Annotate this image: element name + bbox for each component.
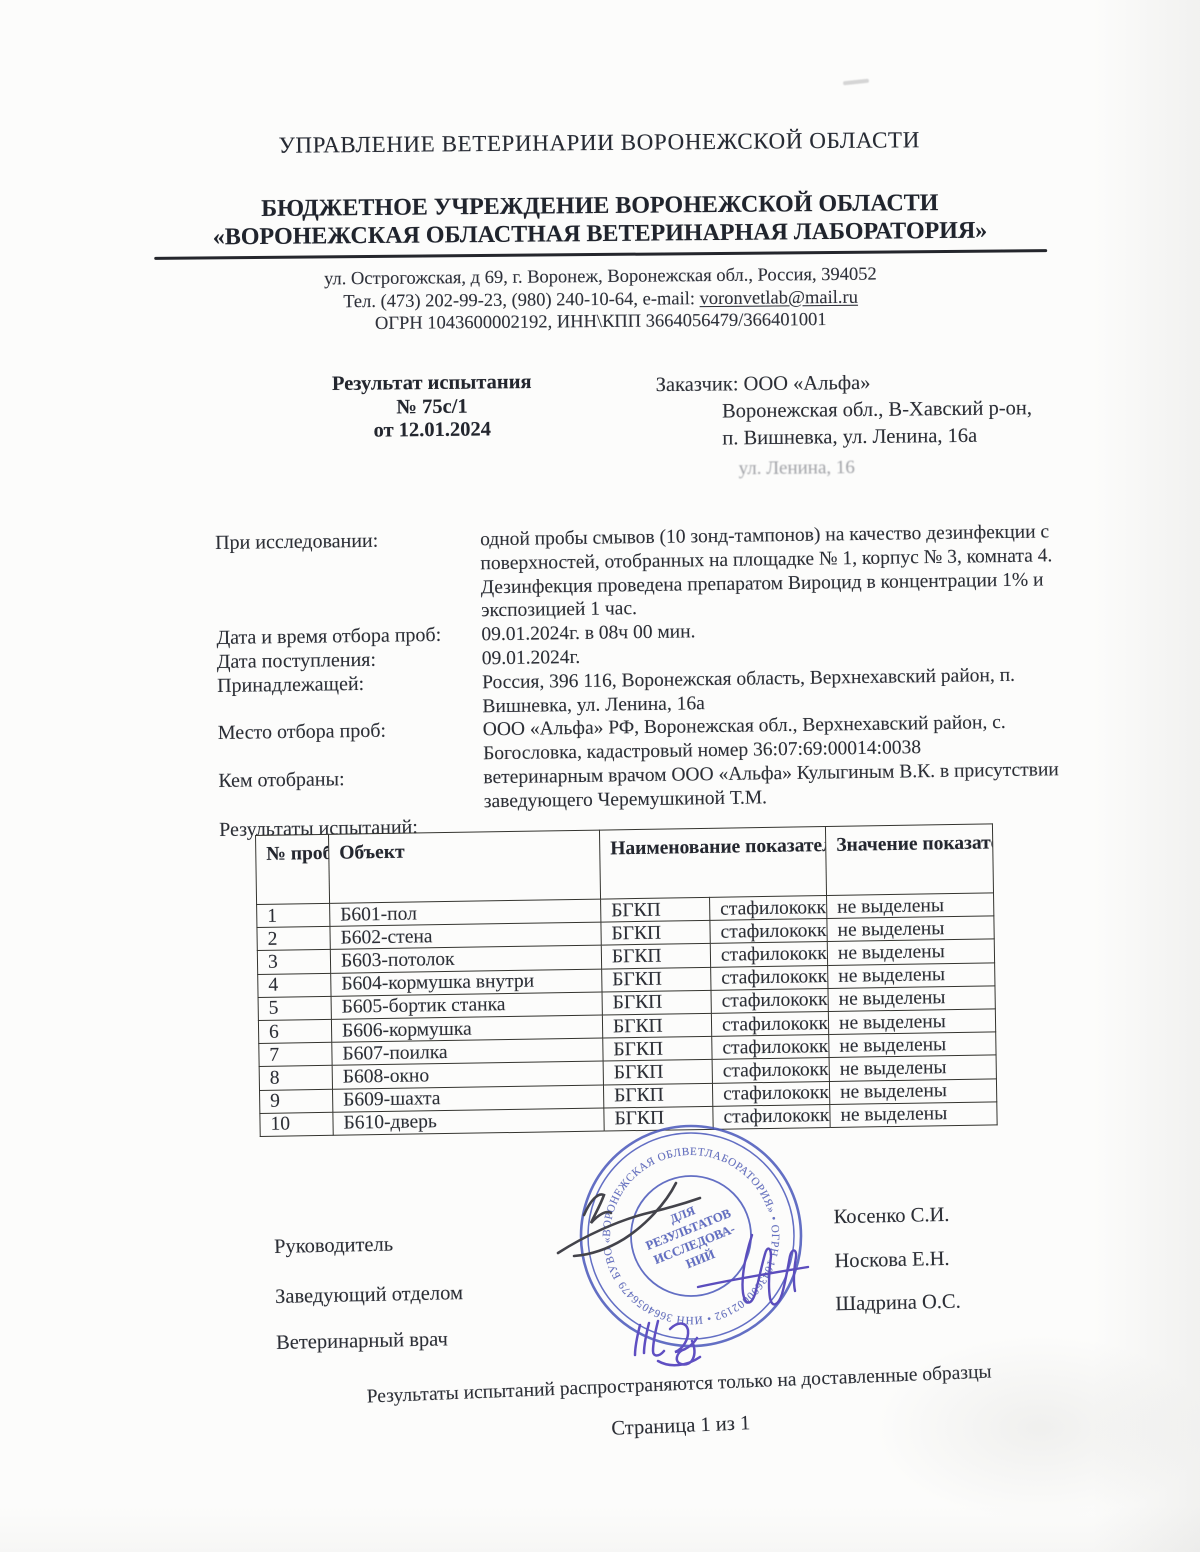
result-title: Результат испытания	[312, 371, 552, 397]
cell-object: Б610-дверь	[333, 1108, 604, 1135]
cell-value: не выделены	[829, 1032, 996, 1058]
cell-indicator-1: БГКП	[602, 990, 711, 1015]
org-parent-name: УПРАВЛЕНИЕ ВЕТЕРИНАРИИ ВОРОНЕЖСКОЙ ОБЛАС…	[0, 123, 1199, 163]
cell-indicator-2: стафилококк	[712, 1035, 829, 1060]
signature-block: Руководитель Заведующий отделом Ветерина…	[273, 1181, 976, 1366]
cell-indicator-1: БГКП	[601, 897, 710, 922]
cell-sample-no: 1	[257, 903, 330, 927]
detail-value: ООО «Альфа» РФ, Воронежская обл., Верхне…	[483, 711, 1066, 767]
cell-indicator-1: БГКП	[601, 921, 710, 946]
org-phone: Тел. (473) 202-99-23, (980) 240-10-64, e…	[343, 289, 700, 312]
cell-value: не выделены	[828, 962, 995, 988]
cell-value: не выделены	[829, 1055, 996, 1081]
detail-label: Кем отобраны:	[218, 766, 484, 817]
customer-name: Заказчик: ООО «Альфа»	[656, 368, 1066, 399]
cell-indicator-2: стафилококк	[712, 1081, 829, 1106]
cell-value: не выделены	[827, 893, 994, 919]
detail-value: ветеринарным врачом ООО «Альфа» Кулыгины…	[483, 758, 1066, 814]
cell-sample-no: 3	[257, 950, 330, 974]
cell-sample-no: 8	[259, 1066, 332, 1090]
col-header-indicator-value: Значение показателей	[825, 824, 993, 896]
document-page: УПРАВЛЕНИЕ ВЕТЕРИНАРИИ ВОРОНЕЖСКОЙ ОБЛАС…	[0, 0, 1200, 1552]
cell-value: не выделены	[830, 1102, 997, 1128]
result-title-block: Результат испытания № 75с/1 от 12.01.202…	[312, 371, 553, 444]
cell-sample-no: 10	[260, 1112, 333, 1136]
cell-indicator-2: стафилококк	[711, 965, 828, 990]
cell-indicator-2: стафилококк	[711, 988, 828, 1013]
signatory-name-vet-doctor: Шадрина О.С.	[835, 1291, 961, 1317]
cell-sample-no: 4	[258, 973, 331, 997]
cell-indicator-1: БГКП	[602, 967, 711, 992]
customer-address-line1: Воронежская обл., В-Хавский р-он,	[722, 395, 1066, 426]
results-table: № пробы Объект Наименование показателей …	[255, 823, 998, 1136]
detail-label: При исследовании:	[215, 528, 481, 627]
col-header-sample-no: № пробы	[256, 834, 330, 904]
customer-block: Заказчик: ООО «Альфа» Воронежская обл., …	[656, 368, 1067, 453]
cell-indicator-1: БГКП	[602, 1013, 711, 1038]
bleed-through-ghost-text: ул. Ленина, 16	[738, 454, 855, 482]
cell-value: не выделены	[827, 916, 994, 942]
cell-indicator-1: БГКП	[603, 1036, 712, 1061]
detail-value: одной пробы смывов (10 зонд-тампонов) на…	[480, 520, 1063, 623]
signatory-name-director: Косенко С.И.	[833, 1204, 949, 1229]
cell-indicator-1: БГКП	[601, 944, 710, 969]
cell-sample-no: 2	[257, 927, 330, 951]
org-header: УПРАВЛЕНИЕ ВЕТЕРИНАРИИ ВОРОНЕЖСКОЙ ОБЛАС…	[0, 123, 1200, 339]
col-header-indicator-name: Наименование показателей	[599, 827, 826, 900]
cell-value: не выделены	[827, 939, 994, 965]
detail-label: Место отбора проб:	[218, 719, 484, 770]
signature-role-director: Руководитель	[274, 1233, 394, 1258]
cell-value: не выделены	[828, 986, 995, 1012]
cell-indicator-1: БГКП	[603, 1060, 712, 1085]
customer-address-line2: п. Вишневка, ул. Ленина, 16а	[722, 422, 1066, 453]
cell-value: не выделены	[828, 1009, 995, 1035]
signature-role-vet-doctor: Ветеринарный врач	[276, 1328, 448, 1355]
sample-details: При исследовании: одной пробы смывов (10…	[215, 520, 1071, 842]
cell-indicator-2: стафилококк	[710, 896, 827, 921]
cell-indicator-2: стафилококк	[710, 919, 827, 944]
result-date: от 12.01.2024	[312, 418, 552, 444]
table-header-row: № пробы Объект Наименование показателей …	[256, 824, 994, 905]
signatory-name-department-head: Носкова Е.Н.	[834, 1248, 950, 1273]
results-table-wrapper: № пробы Объект Наименование показателей …	[255, 823, 998, 1136]
detail-value: Россия, 396 116, Воронежская область, Ве…	[482, 663, 1065, 719]
cell-indicator-2: стафилококк	[712, 1058, 829, 1083]
result-number: № 75с/1	[312, 394, 552, 420]
col-header-object: Объект	[328, 830, 600, 903]
cell-sample-no: 5	[258, 996, 331, 1020]
cell-sample-no: 7	[259, 1042, 332, 1066]
cell-sample-no: 9	[260, 1089, 333, 1113]
cell-indicator-1: БГКП	[603, 1083, 712, 1108]
scan-smudge-artifact	[843, 79, 869, 86]
cell-sample-no: 6	[258, 1019, 331, 1043]
detail-label: Принадлежащей:	[217, 671, 483, 722]
org-email: voronvetlab@mail.ru	[700, 287, 858, 308]
cell-indicator-2: стафилококк	[711, 1011, 828, 1036]
cell-indicator-2: стафилококк	[710, 942, 827, 967]
signature-role-department-head: Заведующий отделом	[275, 1282, 463, 1309]
cell-value: не выделены	[829, 1078, 996, 1104]
